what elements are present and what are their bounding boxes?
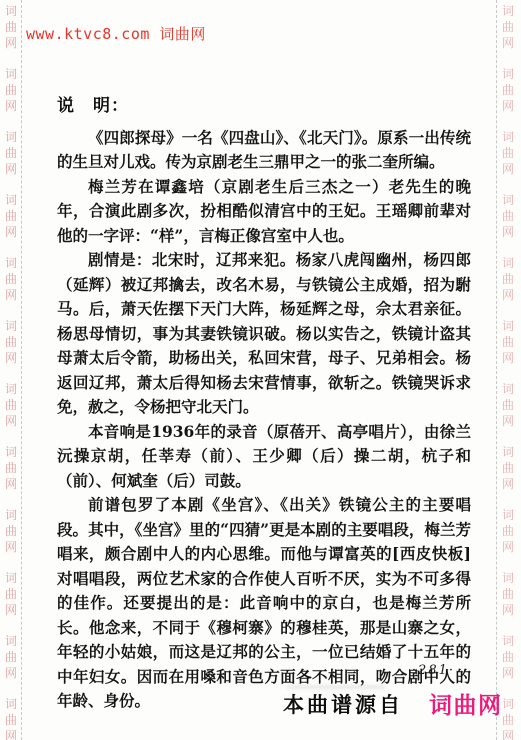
watermark-char: 曲 (502, 271, 514, 287)
paragraph: 梅兰芳在谭鑫培（京剧老生后三杰之一）老先生的晚年，合演此剧多次，扮相酷似清宫中的… (57, 175, 471, 249)
watermark-group: 词曲网 (502, 66, 514, 114)
watermark-char: 曲 (5, 334, 17, 350)
watermark-char: 网 (5, 224, 17, 240)
watermark-char: 网 (502, 224, 514, 240)
watermark-char: 网 (5, 602, 17, 618)
watermark-group: 词曲网 (502, 507, 514, 555)
watermark-group: 词曲网 (5, 66, 17, 114)
watermark-char: 网 (502, 35, 514, 51)
watermark-char: 网 (502, 728, 514, 740)
watermark-char: 网 (502, 161, 514, 177)
watermark-group: 词曲网 (502, 570, 514, 618)
watermark-char: 词 (502, 66, 514, 82)
right-dashed-border (496, 0, 497, 740)
watermark-char: 词 (5, 633, 17, 649)
watermark-char: 曲 (5, 145, 17, 161)
watermark-char: 网 (5, 539, 17, 555)
watermark-group: 词曲网 (502, 255, 514, 303)
watermark-char: 词 (5, 696, 17, 712)
scanned-document-page: 词曲网词曲网词曲网词曲网词曲网词曲网词曲网词曲网词曲网词曲网词曲网词曲网 词曲网… (0, 0, 521, 740)
watermark-char: 词 (5, 318, 17, 334)
site-logo-text: 词曲网 (429, 687, 503, 720)
watermark-char: 网 (5, 665, 17, 681)
watermark-group: 词曲网 (5, 3, 17, 51)
watermark-char: 网 (502, 287, 514, 303)
section-heading: 说 明： (57, 94, 471, 119)
paragraph: 前谱包罗了本剧《坐宫》、《出关》铁镜公主的主要唱段。其中，《坐宫》里的“四猜”更… (57, 493, 471, 714)
watermark-char: 词 (5, 255, 17, 271)
watermark-char: 词 (502, 444, 514, 460)
watermark-char: 网 (5, 476, 17, 492)
watermark-char: 网 (502, 413, 514, 429)
watermark-char: 曲 (5, 523, 17, 539)
watermark-group: 词曲网 (502, 444, 514, 492)
watermark-char: 网 (502, 98, 514, 114)
watermark-group: 词曲网 (5, 507, 17, 555)
watermark-char: 网 (5, 98, 17, 114)
watermark-char: 网 (5, 350, 17, 366)
watermark-char: 网 (502, 350, 514, 366)
watermark-char: 词 (502, 192, 514, 208)
page-number: ·281· (412, 663, 455, 678)
watermark-group: 词曲网 (502, 696, 514, 740)
watermark-char: 曲 (502, 208, 514, 224)
watermark-char: 曲 (5, 649, 17, 665)
watermark-group: 词曲网 (502, 381, 514, 429)
watermark-char: 网 (5, 728, 17, 740)
watermark-group: 词曲网 (5, 633, 17, 681)
watermark-char: 词 (502, 129, 514, 145)
watermark-char: 曲 (502, 712, 514, 728)
watermark-group: 词曲网 (5, 192, 17, 240)
watermark-char: 曲 (502, 523, 514, 539)
watermark-char: 曲 (5, 208, 17, 224)
watermark-char: 词 (502, 255, 514, 271)
watermark-group: 词曲网 (5, 381, 17, 429)
watermark-char: 曲 (502, 145, 514, 161)
watermark-char: 曲 (502, 82, 514, 98)
watermark-char: 词 (502, 381, 514, 397)
watermark-group: 词曲网 (5, 570, 17, 618)
watermark-char: 词 (5, 570, 17, 586)
watermark-group: 词曲网 (502, 3, 514, 51)
source-label: 本曲谱源自 (283, 689, 403, 719)
watermark-char: 曲 (502, 649, 514, 665)
watermark-char: 网 (502, 539, 514, 555)
watermark-group: 词曲网 (502, 318, 514, 366)
watermark-char: 词 (5, 507, 17, 523)
watermark-char: 词 (502, 696, 514, 712)
watermark-char: 曲 (5, 460, 17, 476)
watermark-char: 词 (502, 3, 514, 19)
right-watermark-column: 词曲网词曲网词曲网词曲网词曲网词曲网词曲网词曲网词曲网词曲网词曲网词曲网 (500, 3, 516, 740)
top-watermark-text: www.ktvc8.com 词曲网 (26, 23, 206, 44)
watermark-char: 词 (5, 444, 17, 460)
watermark-char: 词 (5, 129, 17, 145)
watermark-char: 曲 (5, 712, 17, 728)
watermark-group: 词曲网 (5, 255, 17, 303)
watermark-char: 网 (502, 476, 514, 492)
watermark-char: 词 (502, 318, 514, 334)
watermark-char: 曲 (502, 397, 514, 413)
watermark-char: 词 (5, 192, 17, 208)
watermark-group: 词曲网 (5, 444, 17, 492)
watermark-char: 网 (5, 413, 17, 429)
paragraph: 剧情是：北宋时，辽邦来犯。杨家八虎闯幽州，杨四郎（延辉）被辽邦擒去，改名木易，与… (57, 248, 471, 420)
paragraph: 本音响是1936年的录音（原蓓开、高亭唱片），由徐兰沅操京胡，任莘寿（前）、王少… (57, 420, 471, 494)
watermark-char: 词 (5, 381, 17, 397)
left-watermark-column: 词曲网词曲网词曲网词曲网词曲网词曲网词曲网词曲网词曲网词曲网词曲网词曲网 (3, 3, 19, 740)
left-dashed-border (21, 0, 22, 740)
watermark-char: 曲 (5, 19, 17, 35)
watermark-char: 曲 (5, 82, 17, 98)
watermark-char: 曲 (502, 334, 514, 350)
watermark-group: 词曲网 (502, 633, 514, 681)
document-body: 说 明： 《四郎探母》一名《四盘山》、《北天门》。原系一出传统的生旦对儿戏。传为… (57, 94, 471, 714)
watermark-char: 曲 (5, 586, 17, 602)
watermark-char: 网 (5, 35, 17, 51)
watermark-char: 词 (502, 633, 514, 649)
watermark-char: 曲 (5, 271, 17, 287)
watermark-group: 词曲网 (502, 129, 514, 177)
watermark-char: 网 (5, 287, 17, 303)
watermark-char: 词 (502, 570, 514, 586)
watermark-char: 网 (502, 602, 514, 618)
watermark-char: 曲 (5, 397, 17, 413)
watermark-char: 网 (5, 161, 17, 177)
watermark-char: 曲 (502, 19, 514, 35)
watermark-group: 词曲网 (5, 318, 17, 366)
paragraph: 《四郎探母》一名《四盘山》、《北天门》。原系一出传统的生旦对儿戏。传为京剧老生三… (57, 126, 471, 175)
watermark-char: 词 (5, 66, 17, 82)
watermark-group: 词曲网 (5, 696, 17, 740)
watermark-char: 曲 (502, 460, 514, 476)
watermark-group: 词曲网 (5, 129, 17, 177)
watermark-group: 词曲网 (502, 192, 514, 240)
watermark-char: 曲 (502, 586, 514, 602)
watermark-char: 词 (5, 3, 17, 19)
watermark-char: 网 (502, 665, 514, 681)
watermark-char: 词 (502, 507, 514, 523)
